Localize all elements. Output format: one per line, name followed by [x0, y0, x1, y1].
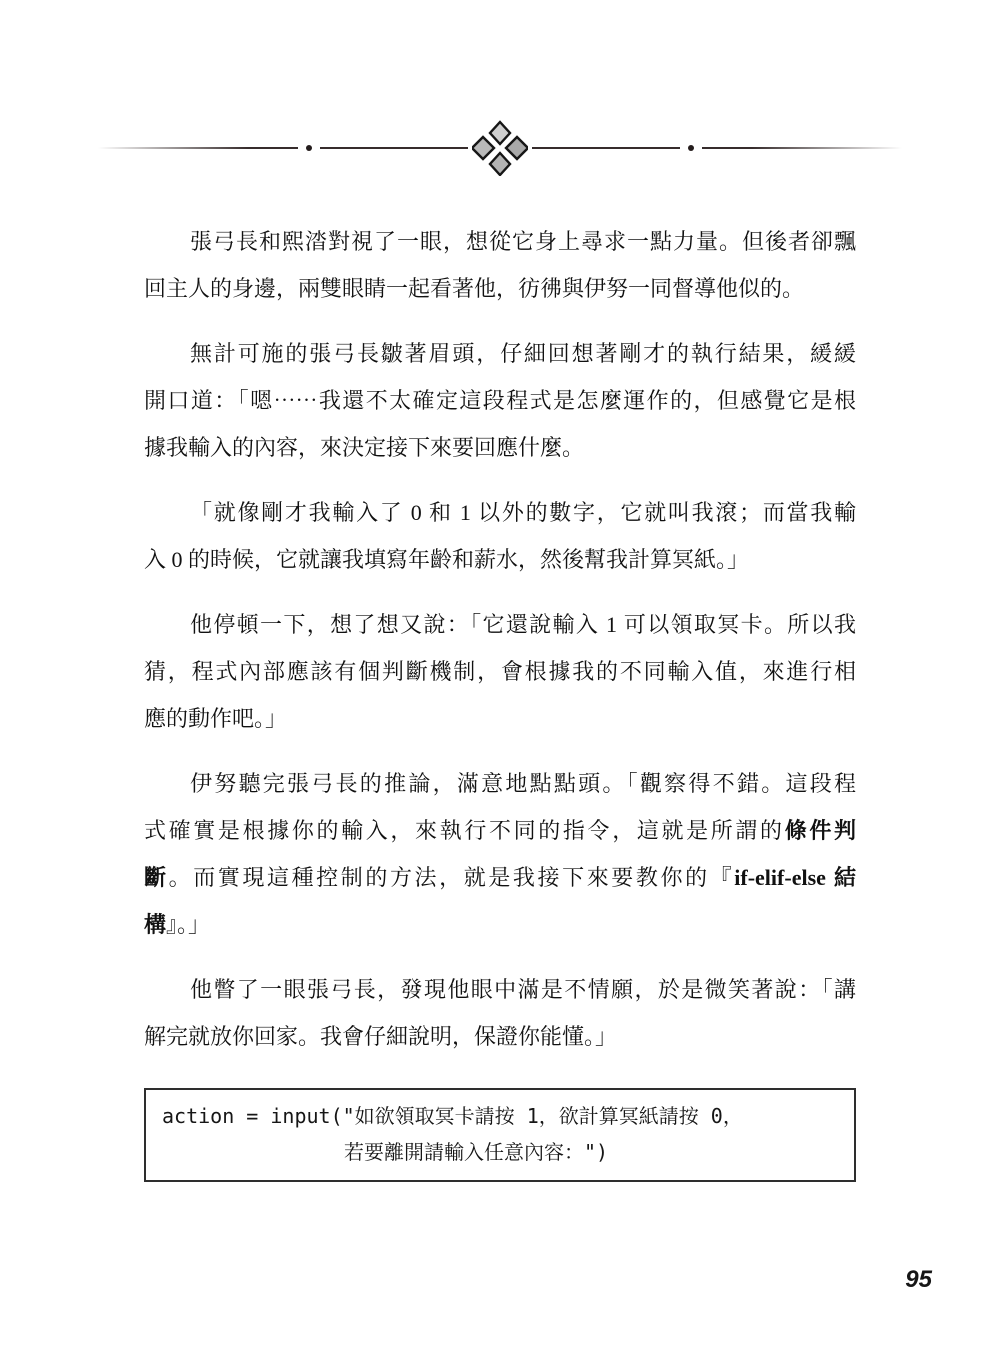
bold-text-segment: 條件判: [785, 818, 856, 843]
text-line: 入 0 的時候，它就讓我填寫年齡和薪水，然後幫我計算冥紙。」: [144, 536, 856, 583]
divider-dot-left: [306, 145, 312, 151]
text-line: 張弓長和熙涾對視了一眼，想從它身上尋求一點力量。但後者卻飄: [144, 218, 856, 265]
bold-text-segment: if-elif-else 結: [734, 865, 856, 890]
text-line: 開口道：「嗯⋯⋯我還不太確定這段程式是怎麼運作的，但感覺它是根: [144, 377, 856, 424]
text-line: 式確實是根據你的輸入，來執行不同的指令，這就是所謂的條件判: [144, 807, 856, 854]
page-body: 張弓長和熙涾對視了一眼，想從它身上尋求一點力量。但後者卻飄回主人的身邊，兩雙眼睛…: [144, 218, 856, 1182]
text-segment: 據我輸入的內容，來決定接下來要回應什麼。: [144, 435, 584, 460]
paragraph: 他瞥了一眼張弓長，發現他眼中滿是不情願，於是微笑著說：「講解完就放你回家。我會仔…: [144, 966, 856, 1060]
text-line: 據我輸入的內容，來決定接下來要回應什麼。: [144, 424, 856, 471]
text-line: 解完就放你回家。我會仔細說明，保證你能懂。」: [144, 1013, 856, 1060]
text-segment: 』。」: [166, 912, 210, 937]
text-segment: 。而實現這種控制的方法，就是我接下來要教你的『: [169, 865, 735, 890]
text-line: 「就像剛才我輸入了 0 和 1 以外的數字，它就叫我滾；而當我輸: [144, 489, 856, 536]
body-paragraphs: 張弓長和熙涾對視了一眼，想從它身上尋求一點力量。但後者卻飄回主人的身邊，兩雙眼睛…: [144, 218, 856, 1060]
diamond-ornament-icon: [472, 120, 528, 176]
bold-text-segment: 構: [144, 912, 166, 937]
text-line: 猜，程式內部應該有個判斷機制，會根據我的不同輸入值，來進行相: [144, 648, 856, 695]
text-segment: 入 0 的時候，它就讓我填寫年齡和薪水，然後幫我計算冥紙。」: [144, 547, 749, 572]
bold-text-segment: 斷: [144, 865, 169, 890]
text-segment: 「就像剛才我輸入了 0 和 1 以外的數字，它就叫我滾；而當我輸: [190, 500, 856, 525]
text-line: 構』。」: [144, 901, 856, 948]
text-segment: 式確實是根據你的輸入，來執行不同的指令，這就是所謂的: [144, 818, 785, 843]
paragraph: 伊努聽完張弓長的推論，滿意地點點頭。「觀察得不錯。這段程式確實是根據你的輸入，來…: [144, 760, 856, 948]
divider-line-left: [98, 147, 298, 149]
divider-line-right: [702, 147, 902, 149]
code-line-2: 若要離開請輸入任意內容："): [162, 1134, 838, 1170]
text-segment: 應的動作吧。」: [144, 706, 287, 731]
text-line: 伊努聽完張弓長的推論，滿意地點點頭。「觀察得不錯。這段程: [144, 760, 856, 807]
paragraph: 無計可施的張弓長皺著眉頭，仔細回想著剛才的執行結果，緩緩開口道：「嗯⋯⋯我還不太…: [144, 330, 856, 471]
text-line: 他停頓一下，想了想又說：「它還說輸入 1 可以領取冥卡。所以我: [144, 601, 856, 648]
text-line: 斷。而實現這種控制的方法，就是我接下來要教你的『if-elif-else 結: [144, 854, 856, 901]
divider-line-right-inner: [532, 147, 680, 149]
text-segment: 張弓長和熙涾對視了一眼，想從它身上尋求一點力量。但後者卻飄: [190, 229, 856, 254]
text-segment: 解完就放你回家。我會仔細說明，保證你能懂。」: [144, 1024, 617, 1049]
text-segment: 回主人的身邊，兩雙眼睛一起看著他，彷彿與伊努一同督導他似的。: [144, 276, 804, 301]
ornamental-divider: [0, 120, 1000, 176]
paragraph: 他停頓一下，想了想又說：「它還說輸入 1 可以領取冥卡。所以我猜，程式內部應該有…: [144, 601, 856, 742]
book-page: 張弓長和熙涾對視了一眼，想從它身上尋求一點力量。但後者卻飄回主人的身邊，兩雙眼睛…: [0, 0, 1000, 1353]
text-segment: 猜，程式內部應該有個判斷機制，會根據我的不同輸入值，來進行相: [144, 659, 856, 684]
text-line: 應的動作吧。」: [144, 695, 856, 742]
text-segment: 伊努聽完張弓長的推論，滿意地點點頭。「觀察得不錯。這段程: [190, 771, 856, 796]
text-segment: 開口道：「嗯⋯⋯我還不太確定這段程式是怎麼運作的，但感覺它是根: [144, 388, 856, 413]
text-line: 無計可施的張弓長皺著眉頭，仔細回想著剛才的執行結果，緩緩: [144, 330, 856, 377]
code-line-1: action = input("如欲領取冥卡請按 1，欲計算冥紙請按 0，: [162, 1098, 838, 1134]
text-segment: 他瞥了一眼張弓長，發現他眼中滿是不情願，於是微笑著說：「講: [190, 977, 856, 1002]
code-block: action = input("如欲領取冥卡請按 1，欲計算冥紙請按 0， 若要…: [144, 1088, 856, 1182]
paragraph: 「就像剛才我輸入了 0 和 1 以外的數字，它就叫我滾；而當我輸入 0 的時候，…: [144, 489, 856, 583]
text-segment: 無計可施的張弓長皺著眉頭，仔細回想著剛才的執行結果，緩緩: [190, 341, 856, 366]
text-segment: 他停頓一下，想了想又說：「它還說輸入 1 可以領取冥卡。所以我: [190, 612, 856, 637]
text-line: 回主人的身邊，兩雙眼睛一起看著他，彷彿與伊努一同督導他似的。: [144, 265, 856, 312]
paragraph: 張弓長和熙涾對視了一眼，想從它身上尋求一點力量。但後者卻飄回主人的身邊，兩雙眼睛…: [144, 218, 856, 312]
divider-dot-right: [688, 145, 694, 151]
page-number: 95: [905, 1266, 932, 1294]
divider-line-left-inner: [320, 147, 468, 149]
text-line: 他瞥了一眼張弓長，發現他眼中滿是不情願，於是微笑著說：「講: [144, 966, 856, 1013]
